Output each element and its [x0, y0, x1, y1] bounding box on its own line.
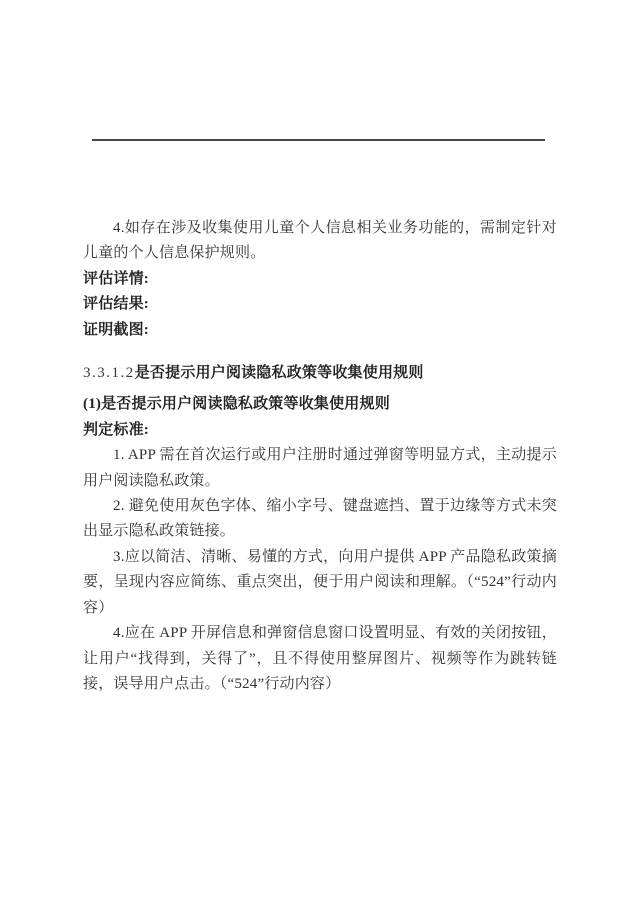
- section-number: 3.3.1.2: [83, 365, 135, 381]
- para-criteria-2: 2. 避免使用灰色字体、缩小字号、键盘遮挡、置于边缘等方式未突出显示隐私政策链接…: [83, 494, 557, 545]
- label-eval-result: 评估结果:: [83, 292, 557, 317]
- label-evidence-screenshot: 证明截图:: [83, 318, 557, 343]
- section-heading: 3.3.1.2是否提示用户阅读隐私政策等收集使用规则: [83, 361, 557, 386]
- para-criteria-1: 1. APP 需在首次运行或用户注册时通过弹窗等明显方式，主动提示用户阅读隐私政…: [83, 443, 557, 494]
- label-eval-details: 评估详情:: [83, 267, 557, 292]
- header-rule-line: [92, 139, 545, 141]
- para-children-info-rule: 4.如存在涉及收集使用儿童个人信息相关业务功能的，需制定针对儿童的个人信息保护规…: [83, 216, 557, 267]
- section-title: 是否提示用户阅读隐私政策等收集使用规则: [135, 365, 424, 381]
- document-content: 4.如存在涉及收集使用儿童个人信息相关业务功能的，需制定针对儿童的个人信息保护规…: [83, 216, 557, 697]
- para-criteria-3: 3.应以简洁、清晰、易懂的方式，向用户提供 APP 产品隐私政策摘要，呈现内容应…: [83, 545, 557, 621]
- para-criteria-4: 4.应在 APP 开屏信息和弹窗信息窗口设置明显、有效的关闭按钮，让用户“找得到…: [83, 621, 557, 697]
- subsection-heading: (1)是否提示用户阅读隐私政策等收集使用规则: [83, 392, 557, 417]
- document-page: 4.如存在涉及收集使用儿童个人信息相关业务功能的，需制定针对儿童的个人信息保护规…: [0, 0, 640, 906]
- label-criteria: 判定标准:: [83, 418, 557, 443]
